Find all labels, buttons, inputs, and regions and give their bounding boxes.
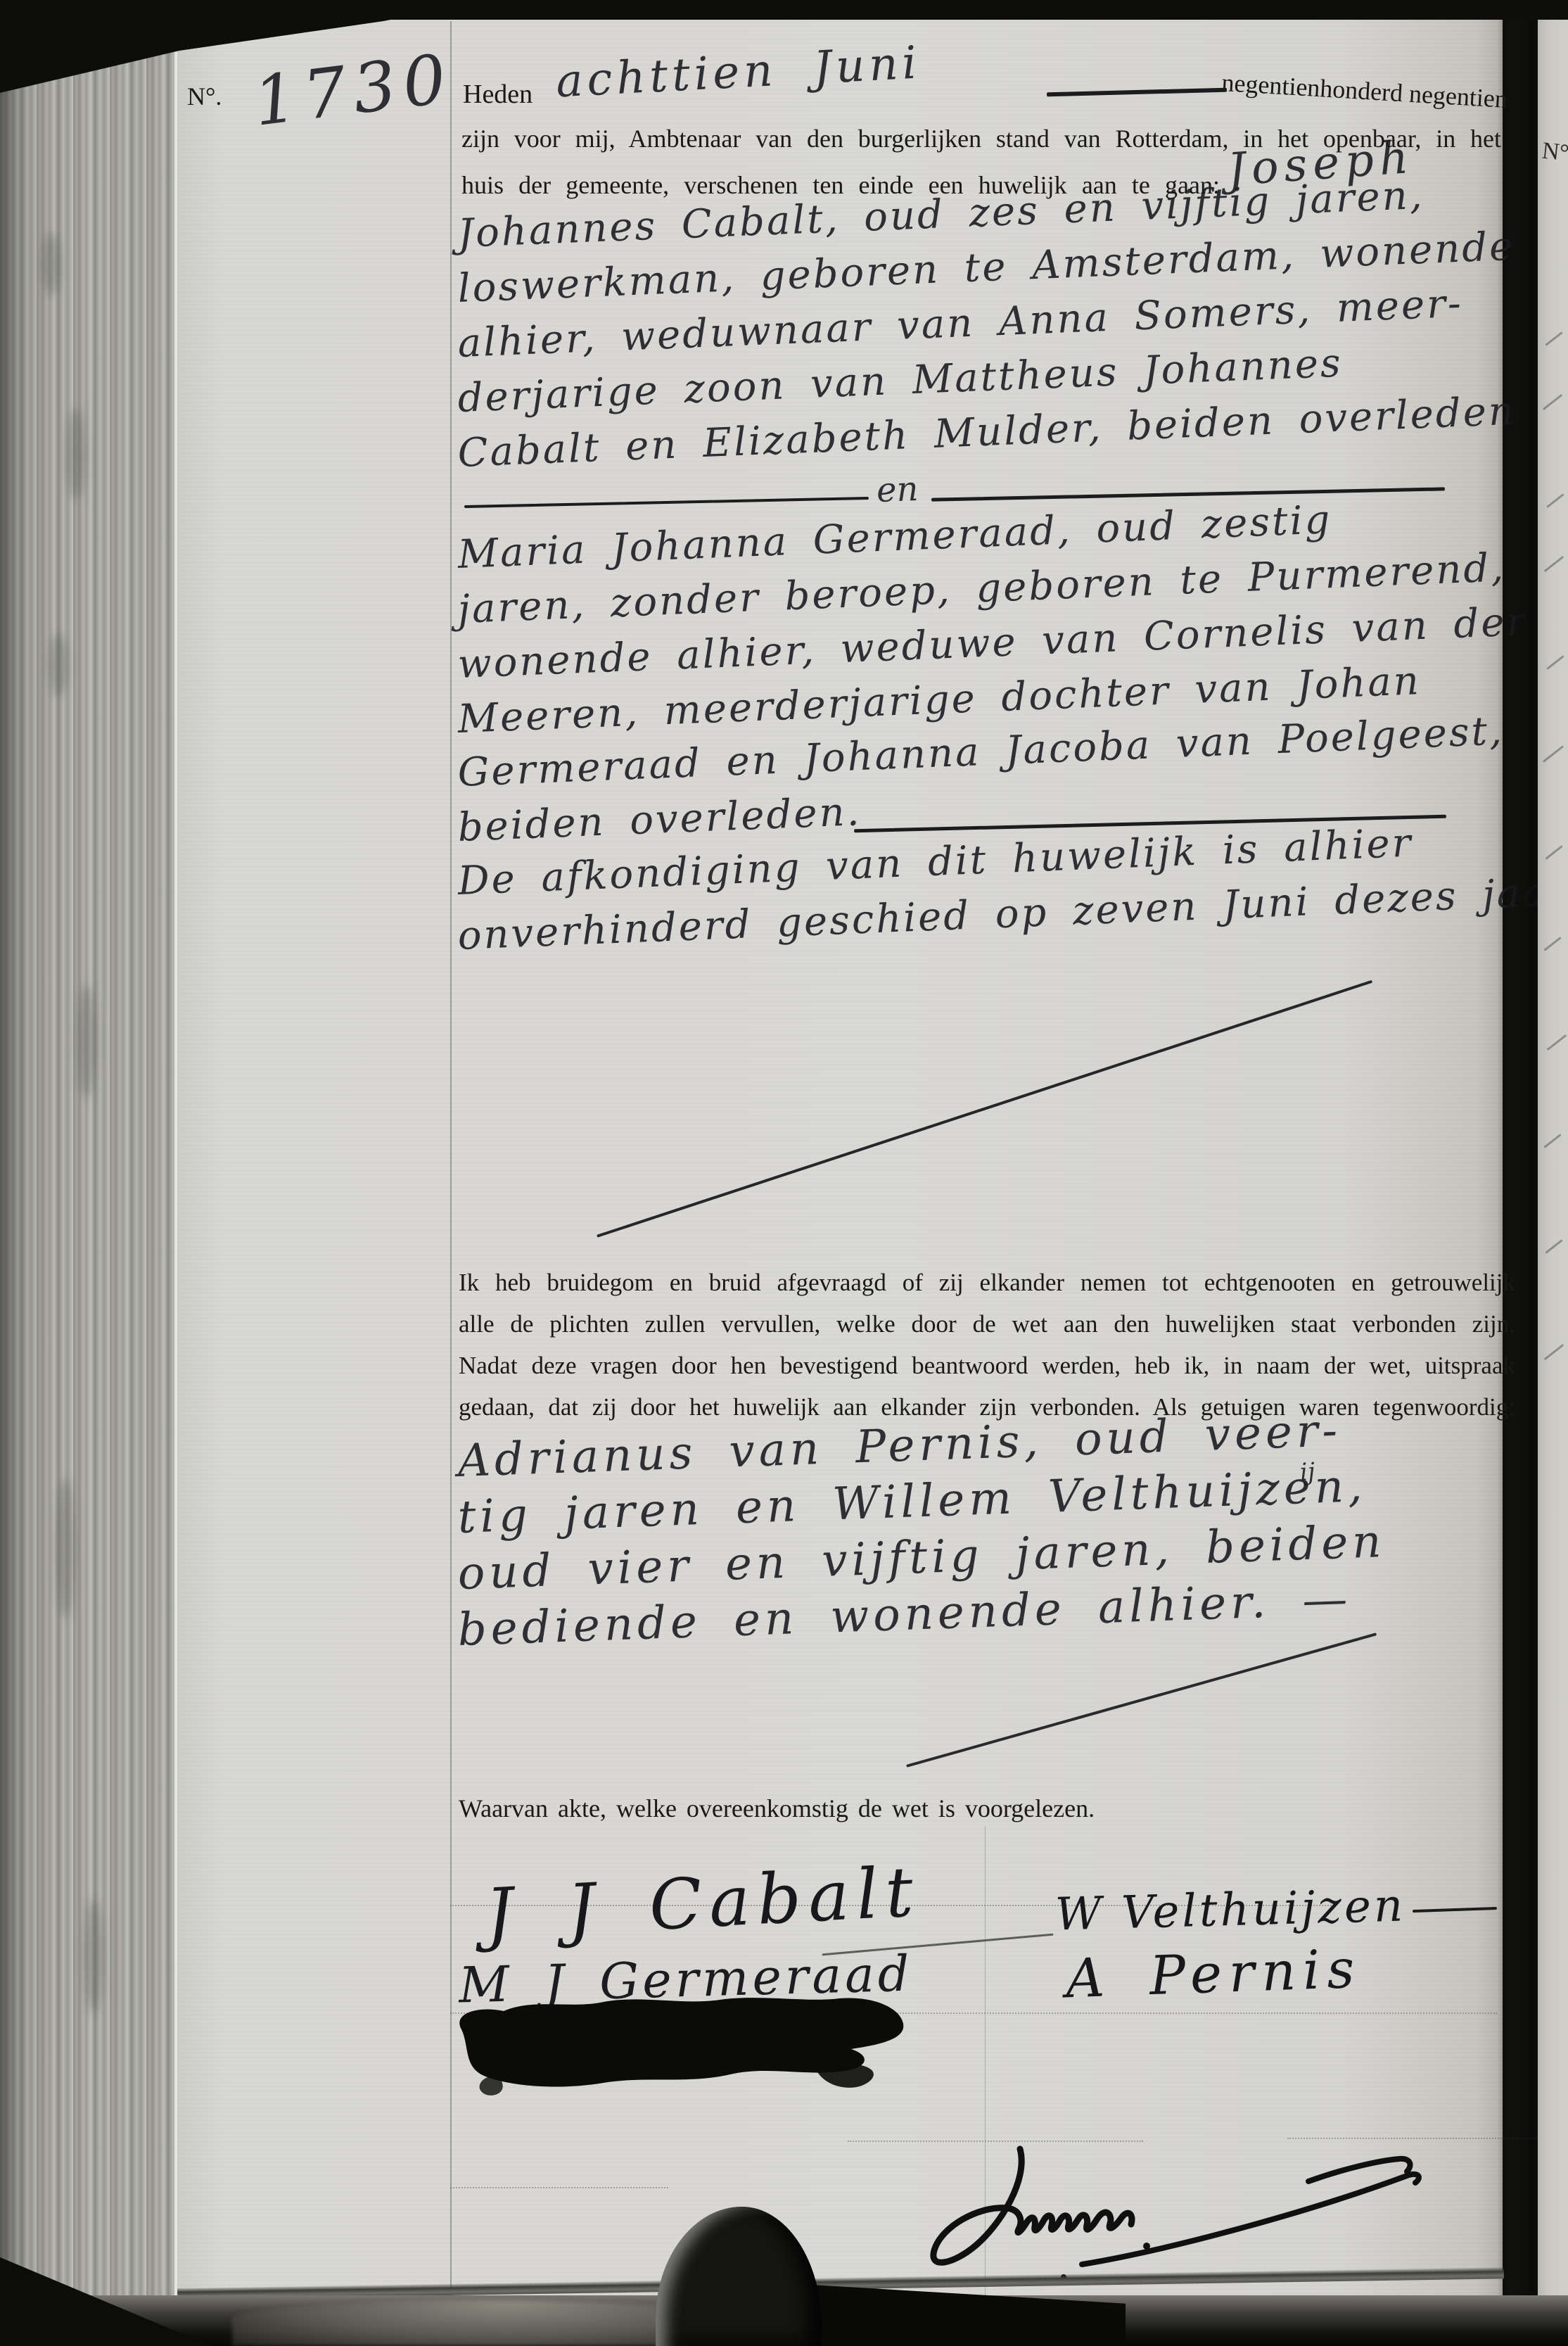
faint-writing-mark <box>1544 1344 1564 1360</box>
statement-line: Nadat deze vragen door hen bevestigend b… <box>459 1352 1515 1380</box>
signature-witness-1: W Velthuijzen <box>1054 1879 1406 1941</box>
faint-writing-mark <box>1546 493 1564 508</box>
signature-witness-2: A Pernis <box>1065 1937 1363 2010</box>
faint-writing-mark <box>1543 745 1564 763</box>
edge-smudge <box>77 985 96 1098</box>
form-margin-rule <box>450 21 452 2300</box>
printed-heden: Heden <box>463 79 533 110</box>
act-number-label: N°. <box>187 82 222 111</box>
faint-writing-mark <box>1543 394 1563 410</box>
edge-smudge <box>42 232 60 296</box>
faint-writing-mark <box>1544 556 1564 572</box>
faint-writing-mark <box>1543 937 1561 951</box>
page-left-edge <box>174 18 177 2318</box>
faint-writing-mark <box>1546 655 1564 670</box>
edge-smudge <box>67 408 85 500</box>
edge-smudge <box>56 1478 75 1618</box>
book-gutter-shadow <box>1497 0 1542 2346</box>
statement-line: alle de plichten zullen vervullen, welke… <box>459 1310 1515 1338</box>
edge-smudge <box>49 633 68 697</box>
registrar-signature <box>914 2139 1449 2290</box>
scanned-marriage-record: N°. 1730 Heden achttien Juni negentienho… <box>0 0 1568 2346</box>
closing-line: Waarvan akte, welke overeenkomstig de we… <box>459 1794 1095 1823</box>
conjunction-en: en <box>876 469 919 510</box>
statement-line: Ik heb bruidegom en bruid afgevraagd of … <box>459 1269 1515 1297</box>
next-page-sliver: N°. <box>1538 7 1568 2346</box>
witness-superscript-correction: ij <box>1299 1457 1316 1486</box>
faint-writing-mark <box>1543 1134 1561 1148</box>
faint-writing-mark <box>1547 1034 1567 1051</box>
faint-writing-mark <box>1545 845 1562 860</box>
signature-ruling <box>450 2187 668 2188</box>
ink-redaction-blob <box>449 1987 913 2103</box>
faint-writing-mark <box>1545 331 1562 346</box>
faint-writing-mark <box>1545 1239 1562 1254</box>
next-page-number-label: N°. <box>1541 138 1568 168</box>
edge-smudge <box>84 1900 103 2012</box>
